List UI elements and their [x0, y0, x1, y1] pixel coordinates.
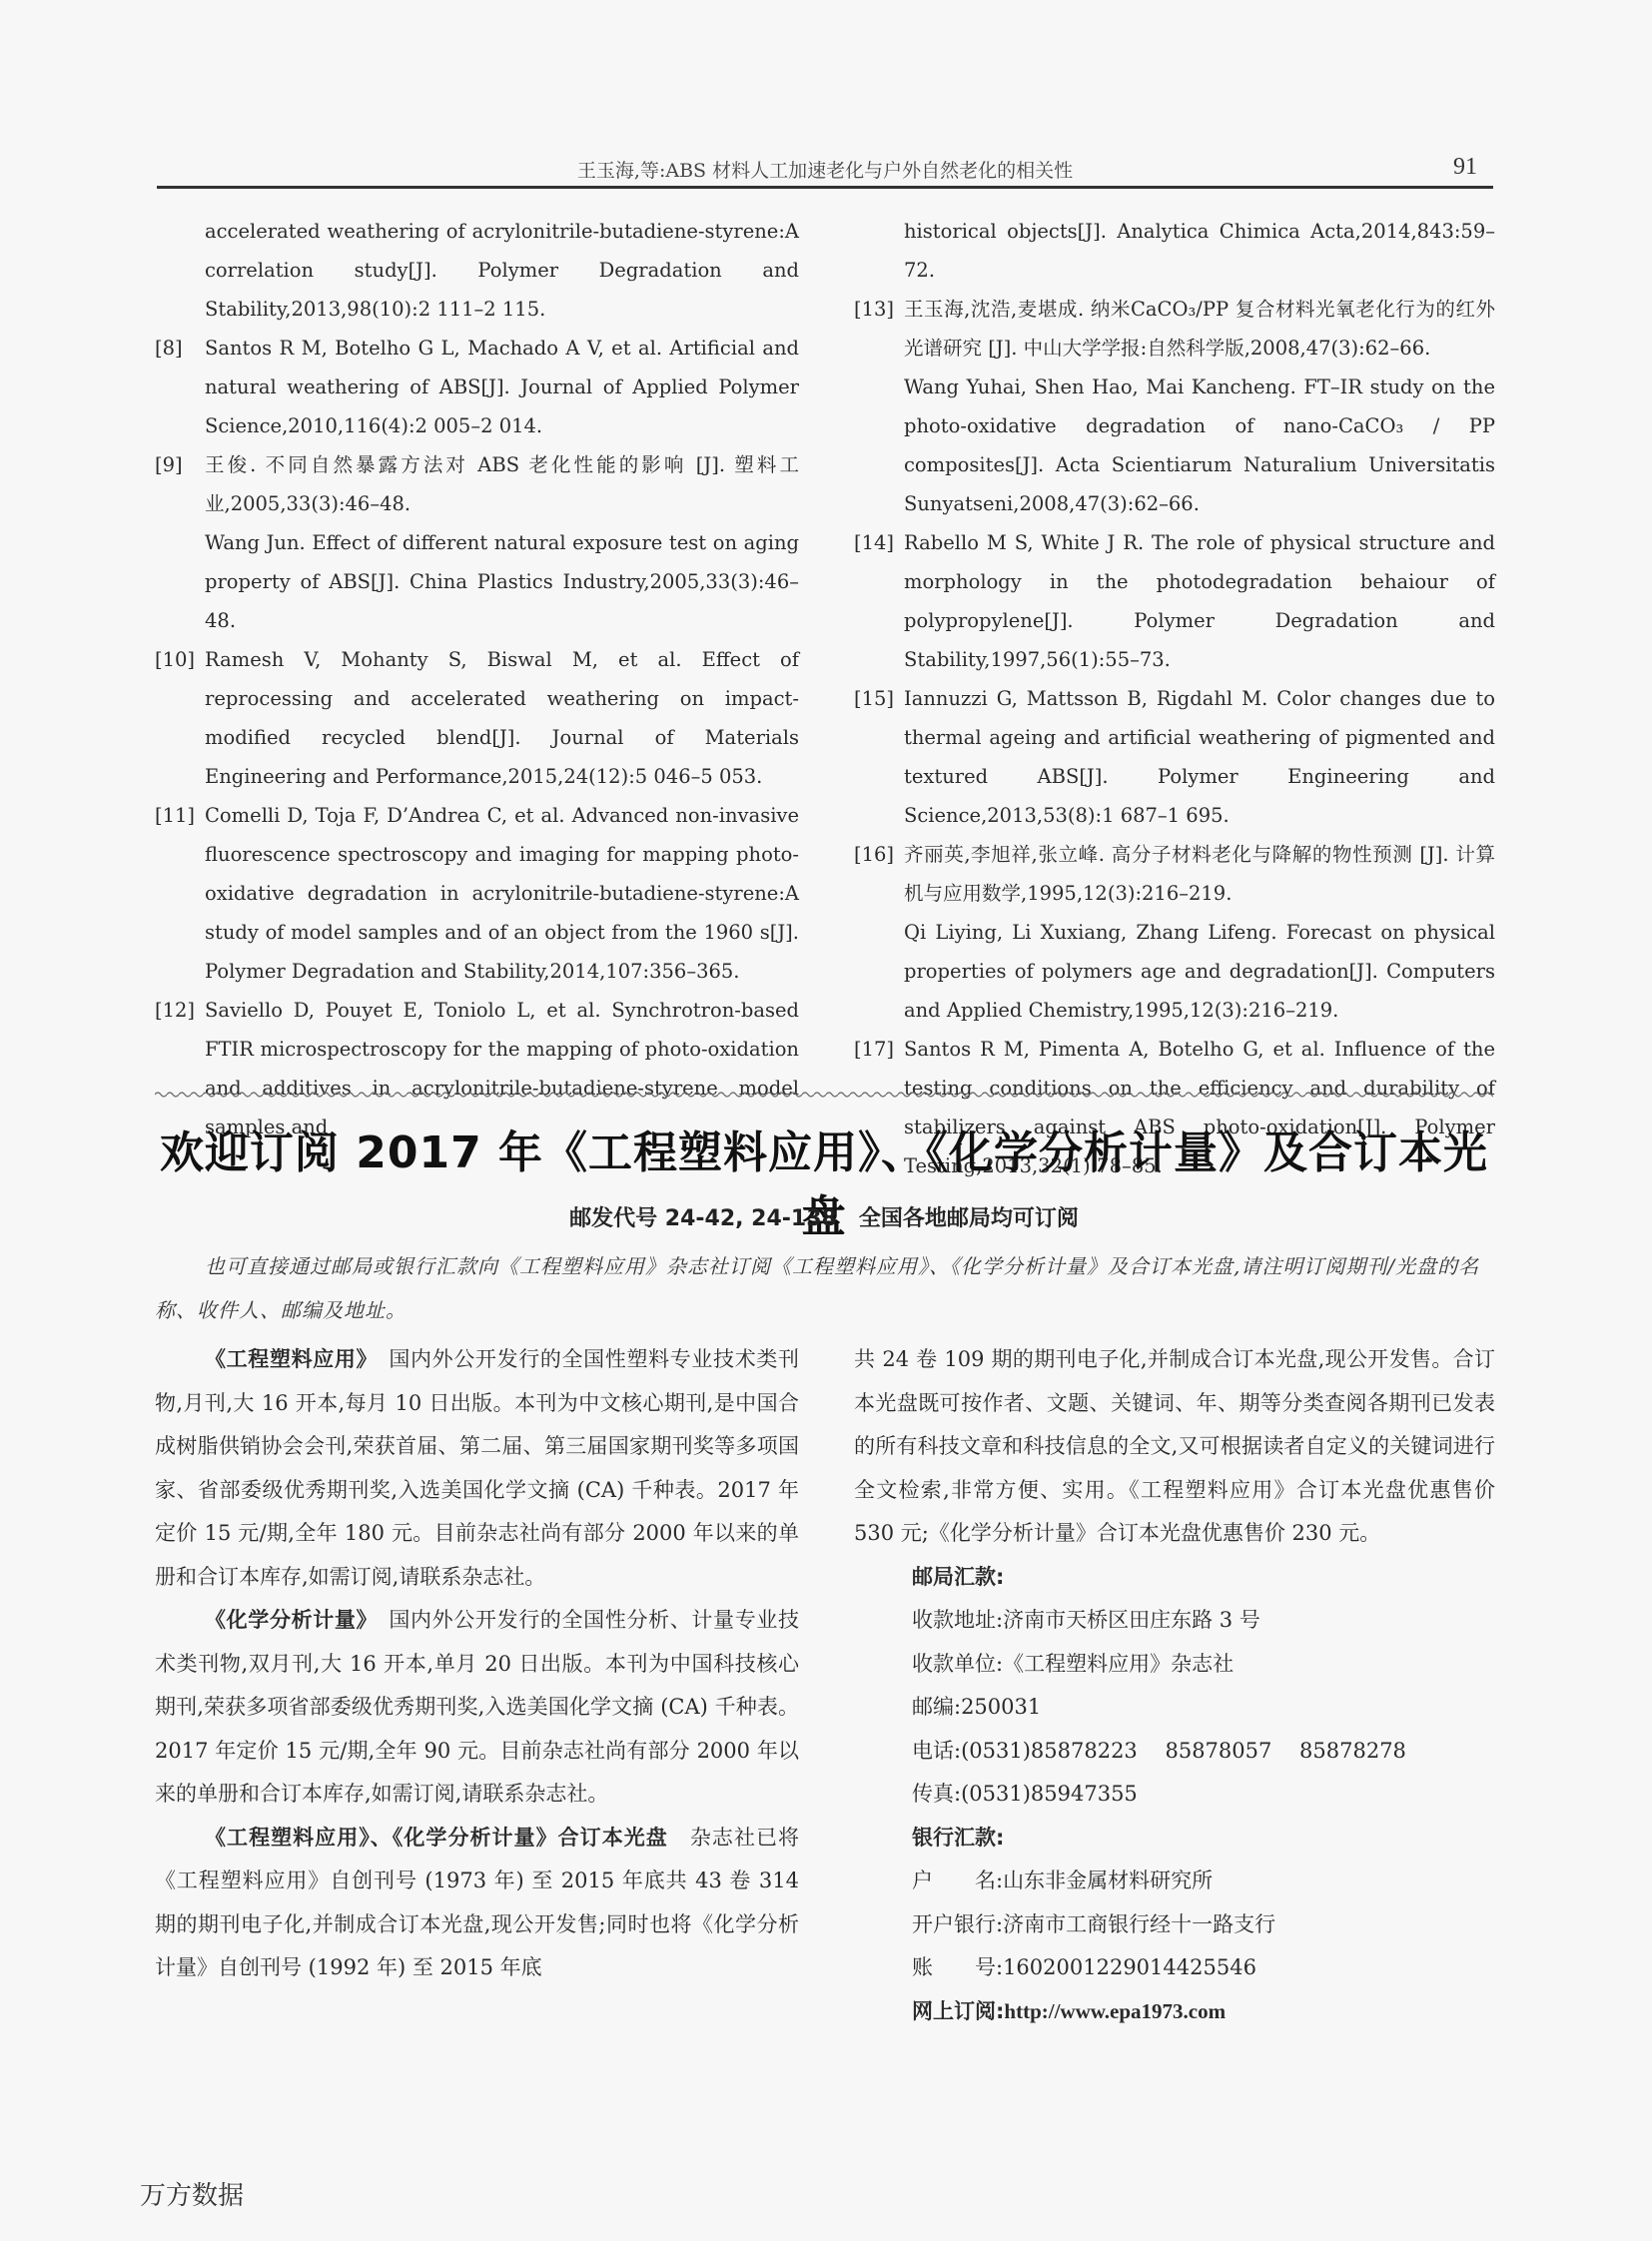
online-subscription: 网上订阅:http://www.epa1973.com: [854, 1990, 1495, 2034]
reference-number: [17]: [854, 1030, 894, 1069]
post-office-zip: 邮编:250031: [854, 1686, 1495, 1730]
running-header: 王玉海,等:ABS 材料人工加速老化与户外自然老化的相关性 91: [157, 152, 1493, 189]
journal-name: 《化学分析计量》: [205, 1608, 368, 1632]
reference-number: [15]: [854, 679, 894, 718]
cd-name: 《工程塑料应用》、《化学分析计量》合订本光盘: [205, 1826, 668, 1850]
reference-text: Santos R M, Botelho G L, Machado A V, et…: [205, 337, 799, 437]
reference-item: [10] Ramesh V, Mohanty S, Biswal M, et a…: [155, 640, 799, 796]
bank-account-number: 账 号:1602001229014425546: [854, 1946, 1495, 1990]
reference-number: [8]: [155, 329, 183, 368]
reference-number: [11]: [155, 796, 195, 835]
running-title: 王玉海,等:ABS 材料人工加速老化与户外自然老化的相关性: [157, 156, 1493, 183]
reference-item: [14] Rabello M S, White J R. The role of…: [854, 523, 1495, 679]
cd-description-continued: 共 24 卷 109 期的期刊电子化,并制成合订本光盘,现公开发售。合订本光盘既…: [854, 1338, 1495, 1556]
reference-item: [9] 王俊. 不同自然暴露方法对 ABS 老化性能的影响 [J]. 塑料工业,…: [155, 445, 799, 640]
reference-text-english: Qi Liying, Li Xuxiang, Zhang Lifeng. For…: [904, 913, 1495, 1030]
cd-description: 《工程塑料应用》、《化学分析计量》合订本光盘 杂志社已将《工程塑料应用》自创刊号…: [155, 1817, 799, 1990]
reference-text-english: Wang Jun. Effect of different natural ex…: [205, 523, 799, 640]
reference-item: [13] 王玉海,沈浩,麦堪成. 纳米CaCO₃/PP 复合材料光氧老化行为的红…: [854, 290, 1495, 523]
post-office-payee: 收款单位:《工程塑料应用》杂志社: [854, 1643, 1495, 1687]
reference-item: [16] 齐丽英,李旭祥,张立峰. 高分子材料老化与降解的物性预测 [J]. 计…: [854, 835, 1495, 1030]
page-number: 91: [1453, 154, 1477, 181]
reference-text: 齐丽英,李旭祥,张立峰. 高分子材料老化与降解的物性预测 [J]. 计算机与应用…: [904, 835, 1495, 913]
journal-description-plastics: 《工程塑料应用》 国内外公开发行的全国性塑料专业技术类刊物,月刊,大 16 开本…: [155, 1338, 799, 1599]
website-link[interactable]: http://www.epa1973.com: [1004, 1999, 1226, 2023]
journal-description-chemistry: 《化学分析计量》 国内外公开发行的全国性分析、计量专业技术类刊物,双月刊,大 1…: [155, 1599, 799, 1817]
reference-item: historical objects[J]. Analytica Chimica…: [854, 212, 1495, 290]
reference-number: [16]: [854, 835, 894, 874]
reference-text: Rabello M S, White J R. The role of phys…: [904, 531, 1495, 671]
reference-text: Comelli D, Toja F, D’Andrea C, et al. Ad…: [205, 804, 799, 983]
reference-item: [15] Iannuzzi G, Mattsson B, Rigdahl M. …: [854, 679, 1495, 835]
paragraph-text: 国内外公开发行的全国性分析、计量专业技术类刊物,双月刊,大 16 开本,单月 2…: [155, 1608, 799, 1806]
reference-number: [12]: [155, 991, 195, 1030]
watermark: 万方数据: [140, 2175, 244, 2212]
reference-item: [11] Comelli D, Toja F, D’Andrea C, et a…: [155, 796, 799, 991]
post-office-fax: 传真:(0531)85947355: [854, 1773, 1495, 1817]
paragraph-text: 国内外公开发行的全国性塑料专业技术类刊物,月刊,大 16 开本,每月 10 日出…: [155, 1347, 799, 1589]
post-office-phone: 电话:(0531)85878223 85878057 85878278: [854, 1730, 1495, 1774]
bank-heading: 银行汇款:: [854, 1817, 1495, 1861]
post-office-address: 收款地址:济南市天桥区田庄东路 3 号: [854, 1599, 1495, 1643]
reference-number: [9]: [155, 445, 183, 484]
reference-text: 王俊. 不同自然暴露方法对 ABS 老化性能的影响 [J]. 塑料工业,2005…: [205, 445, 799, 523]
reference-number: [14]: [854, 523, 894, 562]
post-office-heading: 邮局汇款:: [854, 1556, 1495, 1600]
reference-number: [13]: [854, 290, 894, 329]
reference-text: Ramesh V, Mohanty S, Biswal M, et al. Ef…: [205, 648, 799, 788]
reference-text-english: Wang Yuhai, Shen Hao, Mai Kancheng. FT–I…: [904, 368, 1495, 523]
ad-subtitle: 邮发代号 24-42, 24-138 全国各地邮局均可订阅: [155, 1201, 1493, 1232]
reference-text: historical objects[J]. Analytica Chimica…: [904, 220, 1495, 282]
online-label: 网上订阅:: [912, 1999, 1004, 2023]
bank-name: 开户银行:济南市工商银行经十一路支行: [854, 1903, 1495, 1947]
reference-number: [10]: [155, 640, 195, 679]
references-right-column: historical objects[J]. Analytica Chimica…: [854, 212, 1495, 1185]
reference-item: accelerated weathering of acrylonitrile-…: [155, 212, 799, 329]
ad-right-column: 共 24 卷 109 期的期刊电子化,并制成合订本光盘,现公开发售。合订本光盘既…: [854, 1338, 1495, 2033]
ad-left-column: 《工程塑料应用》 国内外公开发行的全国性塑料专业技术类刊物,月刊,大 16 开本…: [155, 1338, 799, 1990]
reference-text: accelerated weathering of acrylonitrile-…: [205, 220, 799, 321]
references-left-column: accelerated weathering of acrylonitrile-…: [155, 212, 799, 1146]
bank-account-name: 户 名:山东非金属材料研究所: [854, 1860, 1495, 1903]
reference-text: 王玉海,沈浩,麦堪成. 纳米CaCO₃/PP 复合材料光氧老化行为的红外光谱研究…: [904, 290, 1495, 368]
wavy-divider: [155, 1089, 1493, 1101]
ad-intro: 也可直接通过邮局或银行汇款向《工程塑料应用》杂志社订阅《工程塑料应用》、《化学分…: [155, 1244, 1493, 1332]
reference-item: [8] Santos R M, Botelho G L, Machado A V…: [155, 329, 799, 445]
journal-name: 《工程塑料应用》: [205, 1347, 368, 1371]
reference-text: Iannuzzi G, Mattsson B, Rigdahl M. Color…: [904, 687, 1495, 827]
